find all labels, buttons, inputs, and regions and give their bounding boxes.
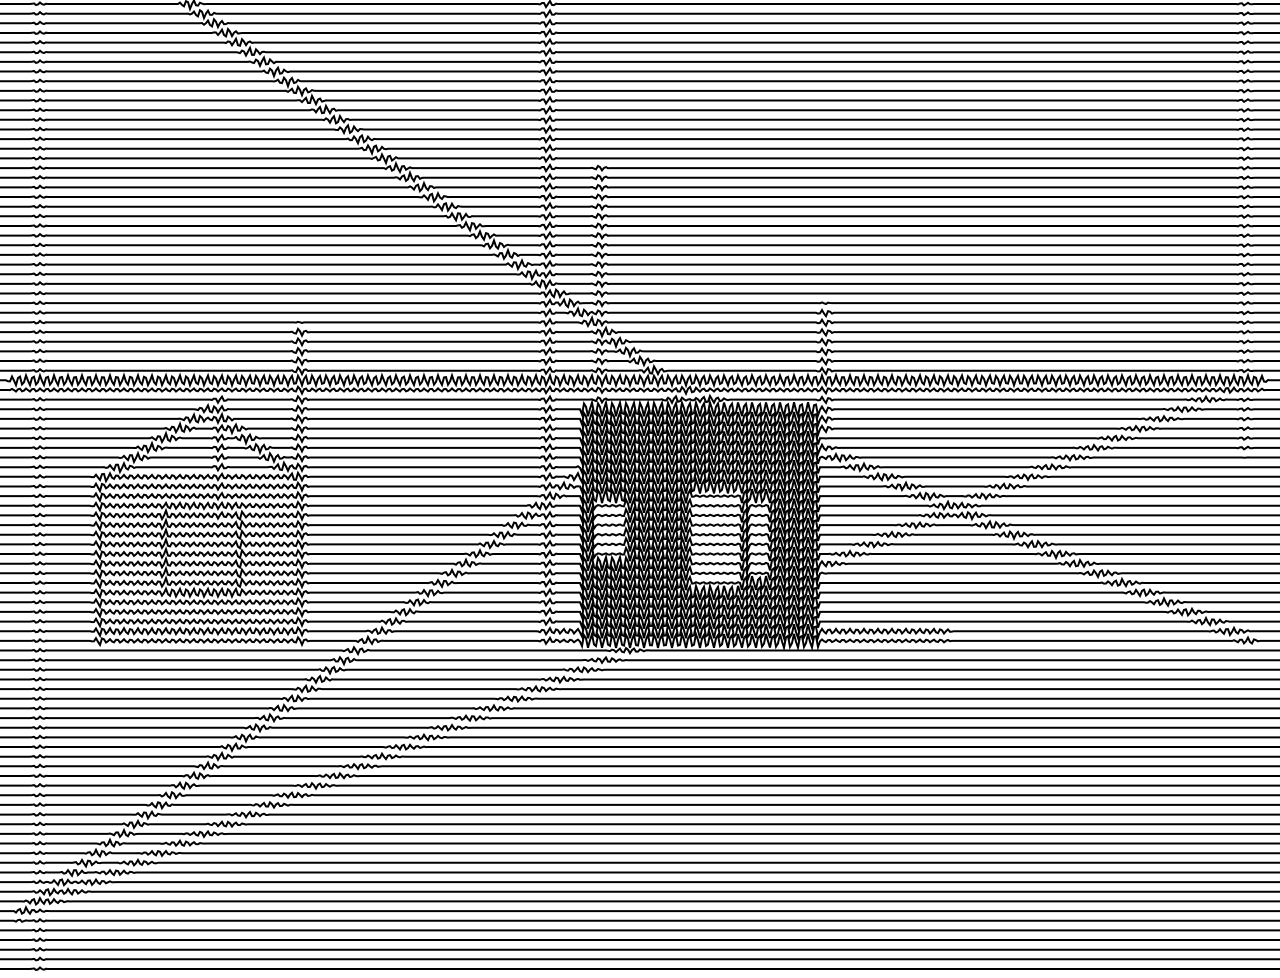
- wave-line-artwork: [0, 0, 1280, 978]
